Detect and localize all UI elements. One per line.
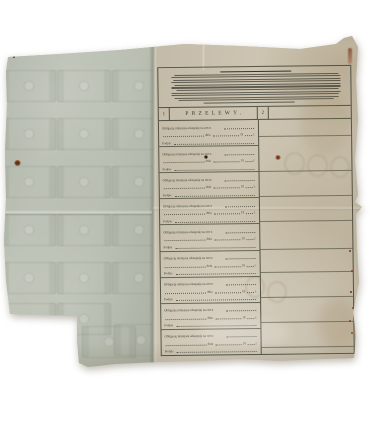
- signature-label: Podpis: [163, 194, 172, 197]
- year-digits: 19: [241, 185, 244, 188]
- date-word: dnia: [207, 264, 213, 267]
- row-rule: [260, 248, 352, 250]
- date-line: dnia 19 r.: [163, 181, 256, 189]
- horizontal-fold-crease-left: [4, 210, 152, 216]
- fine-print-line: [204, 101, 295, 103]
- coupon-ghost: [2, 166, 56, 198]
- coupon-ghost: [112, 166, 153, 198]
- coupon-ghost: [2, 262, 56, 294]
- signature-line: Podpis: [164, 293, 257, 301]
- row-rule: [260, 220, 352, 222]
- year-digits: 19: [240, 133, 243, 136]
- signature-line: Podpis: [163, 241, 256, 249]
- transfer-entry: Obligację niniejszą odstępuję na rzecz d…: [159, 146, 258, 173]
- transfer-entry: Obligację niniejszą odstępuję na rzecz d…: [159, 120, 258, 147]
- ink-blot-stain: [204, 155, 208, 159]
- transfer-entry-label: Obligację niniejszą odstępuję na rzecz: [163, 178, 212, 182]
- signature-label: Podpis: [163, 220, 172, 223]
- discoloration-blotch: [198, 318, 290, 348]
- photo-background: 1 PRZELEWY. 2 Obligację niniejszą odstęp…: [0, 0, 370, 423]
- transfer-entry: Obligację niniejszą odstępuję na rzecz d…: [161, 277, 260, 304]
- document-paper: 1 PRZELEWY. 2 Obligację niniejszą odstęp…: [0, 0, 370, 423]
- column-1-index: 1: [159, 108, 170, 120]
- discoloration-blotch: [318, 298, 358, 350]
- signature-line: Podpis: [164, 267, 257, 275]
- date-line: dnia 19 r.: [164, 260, 257, 268]
- signature-line: Podpis: [162, 163, 255, 171]
- rust-stain: [275, 155, 281, 160]
- coupon-ghost: [2, 214, 56, 246]
- date-line: dnia 19 r.: [162, 129, 255, 137]
- dotted-leader: [176, 272, 256, 275]
- top-edge-shading: [0, 27, 370, 45]
- signature-label: Podpis: [162, 167, 171, 170]
- year-digits: 19: [242, 264, 245, 267]
- coupon-ghost: [112, 262, 153, 294]
- transfer-entry: Obligację niniejszą odstępuję na rzecz d…: [160, 198, 259, 225]
- coupon-ghost: [112, 70, 153, 102]
- transfer-entry-label: Obligację niniejszą odstępuję na rzecz: [163, 230, 212, 234]
- year-suffix: r.: [254, 211, 256, 214]
- edge-rust-specks: [349, 250, 351, 252]
- date-line: dnia 19 r.: [164, 286, 257, 294]
- year-suffix: r.: [253, 159, 255, 162]
- date-line: dnia 19 r.: [162, 155, 255, 163]
- signature-label: Podpis: [164, 324, 173, 327]
- year-suffix: r.: [255, 263, 257, 266]
- date-word: dnia: [207, 290, 213, 293]
- minor-crease: [202, 28, 205, 70]
- dotted-leader: [177, 350, 257, 353]
- transfer-entry: Obligację niniejszą odstępuję na rzecz d…: [160, 251, 259, 278]
- dotted-leader: [175, 194, 255, 197]
- date-word: dnia: [207, 316, 213, 319]
- coupon-ghost: [57, 214, 111, 246]
- coupon-ghost: [112, 118, 153, 150]
- signature-label: Podpis: [164, 272, 173, 275]
- signature-label: Podpis: [164, 298, 173, 301]
- signature-line: Podpis: [163, 215, 256, 223]
- dotted-leader: [176, 298, 256, 301]
- column-2-index: 2: [258, 107, 269, 119]
- year-digits: 19: [240, 159, 243, 162]
- coupon-ghost: [57, 166, 111, 198]
- transfer-entry: Obligację niniejszą odstępuję na rzecz d…: [160, 224, 259, 251]
- signature-line: Podpis: [162, 137, 255, 145]
- transfer-entry-label: Obligację niniejszą odstępuję na rzecz: [162, 126, 211, 130]
- small-speck-stain: [13, 56, 15, 58]
- coupon-ghost: [112, 214, 153, 246]
- fine-print-line: [220, 71, 291, 73]
- transfer-entry-label: Obligację niniejszą odstępuję na rzecz: [163, 204, 212, 208]
- signature-line: Podpis: [163, 189, 256, 197]
- transfer-entry: Obligację niniejszą odstępuję na rzecz d…: [160, 172, 259, 199]
- coupon-ghost: [57, 262, 111, 294]
- signature-label: Podpis: [162, 141, 171, 144]
- year-digits: 19: [241, 211, 244, 214]
- dotted-leader: [175, 220, 255, 223]
- row-rule: [260, 195, 352, 197]
- coupon-ghost: [57, 70, 111, 102]
- year-suffix: r.: [254, 185, 256, 188]
- dotted-leader: [174, 168, 254, 171]
- coupon-ghost: [2, 70, 56, 102]
- date-word: dnia: [205, 159, 211, 162]
- coupon-ghost: [2, 303, 56, 335]
- dotted-leader: [174, 142, 254, 145]
- table-title: PRZELEWY.: [170, 107, 258, 120]
- date-word: dnia: [206, 212, 212, 215]
- year-suffix: r.: [253, 133, 255, 136]
- signature-label: Podpis: [163, 246, 172, 249]
- year-suffix: r.: [254, 237, 256, 240]
- date-word: dnia: [205, 133, 211, 136]
- row-rule: [260, 170, 352, 172]
- year-digits: 19: [242, 290, 245, 293]
- coupon-ghost: [2, 118, 56, 150]
- paper-shadow-wrap: 1 PRZELEWY. 2 Obligację niniejszą odstęp…: [0, 0, 370, 423]
- dotted-leader: [175, 246, 255, 249]
- discoloration-blotch: [300, 92, 352, 154]
- year-suffix: r.: [255, 289, 257, 292]
- rust-stain: [14, 160, 21, 166]
- date-word: dnia: [206, 186, 212, 189]
- coupon-ghost: [57, 118, 111, 150]
- row-rule: [261, 271, 353, 273]
- signature-label: Podpis: [165, 350, 174, 353]
- rust-streak-stain: [348, 48, 352, 64]
